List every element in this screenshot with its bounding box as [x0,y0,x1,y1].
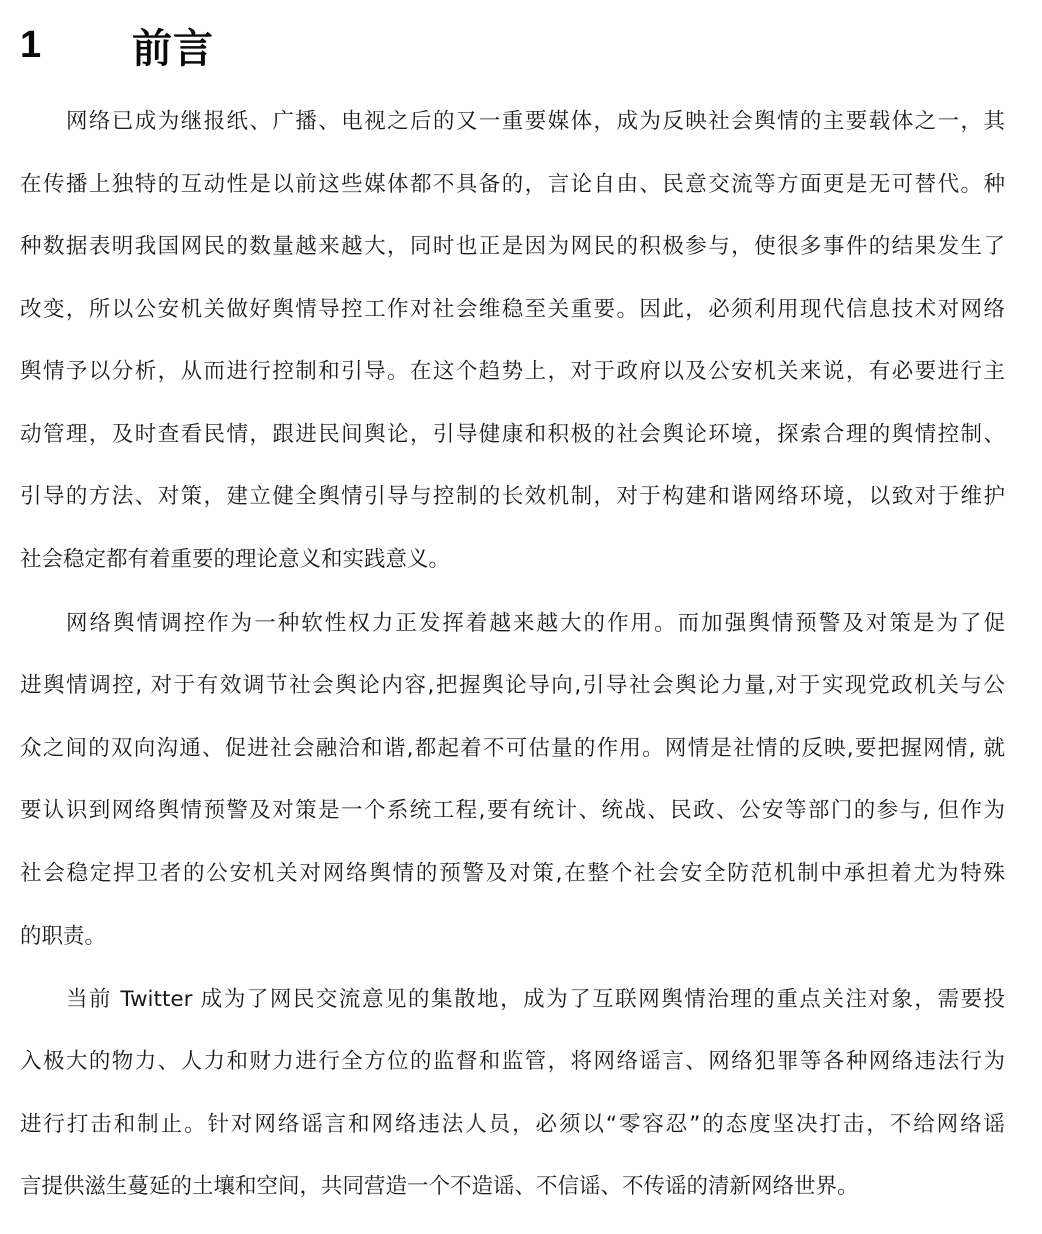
paragraph-line: 入极大的物力、人力和财力进行全方位的监督和监管，将网络谣言、网络犯罪等各种网络违… [20,1042,1005,1082]
section-title: 前言 [132,17,214,74]
paragraph-line: 动管理，及时查看民情，跟进民间舆论，引导健康和积极的社会舆论环境，探索合理的舆情… [20,415,1005,455]
paragraph-line: 社会稳定都有着重要的理论意义和实践意义。 [20,540,1005,580]
paragraph-line: 的职责。 [20,917,1005,957]
paragraph-line: 进舆情调控, 对于有效调节社会舆论内容,把握舆论导向,引导社会舆论力量,对于实现… [20,666,1005,706]
paragraph-line: 种数据表明我国网民的数量越来越大，同时也正是因为网民的积极参与，使很多事件的结果… [20,227,1005,267]
paragraph-line: 当前 Twitter 成为了网民交流意见的集散地，成为了互联网舆情治理的重点关注… [66,980,1005,1020]
paragraph-line: 言提供滋生蔓延的土壤和空间，共同营造一个不造谣、不信谣、不传谣的清新网络世界。 [20,1167,1005,1207]
paragraph-line: 进行打击和制止。针对网络谣言和网络违法人员，必须以“零容忍”的态度坚决打击，不给… [20,1105,1005,1145]
paragraph-line: 引导的方法、对策，建立健全舆情引导与控制的长效机制，对于构建和谐网络环境，以致对… [20,477,1005,517]
paragraph-line: 网络已成为继报纸、广播、电视之后的又一重要媒体，成为反映社会舆情的主要载体之一，… [66,102,1005,142]
paragraph-line: 在传播上独特的互动性是以前这些媒体都不具备的，言论自由、民意交流等方面更是无可替… [20,165,1005,205]
paragraph-line: 改变，所以公安机关做好舆情导控工作对社会维稳至关重要。因此，必须利用现代信息技术… [20,290,1005,330]
paragraph-line: 要认识到网络舆情预警及对策是一个系统工程,要有统计、统战、民政、公安等部门的参与… [20,791,1005,831]
paragraph-line: 网络舆情调控作为一种软性权力正发挥着越来越大的作用。而加强舆情预警及对策是为了促 [66,604,1005,644]
paragraph-line: 社会稳定捍卫者的公安机关对网络舆情的预警及对策,在整个社会安全防范机制中承担着尤… [20,854,1005,894]
section-heading: 1 前言 [20,18,214,72]
paragraph-line: 舆情予以分析，从而进行控制和引导。在这个趋势上，对于政府以及公安机关来说，有必要… [20,352,1005,392]
section-number: 1 [20,24,132,67]
paragraph-line: 众之间的双向沟通、促进社会融洽和谐,都起着不可估量的作用。网情是社情的反映,要把… [20,729,1005,769]
